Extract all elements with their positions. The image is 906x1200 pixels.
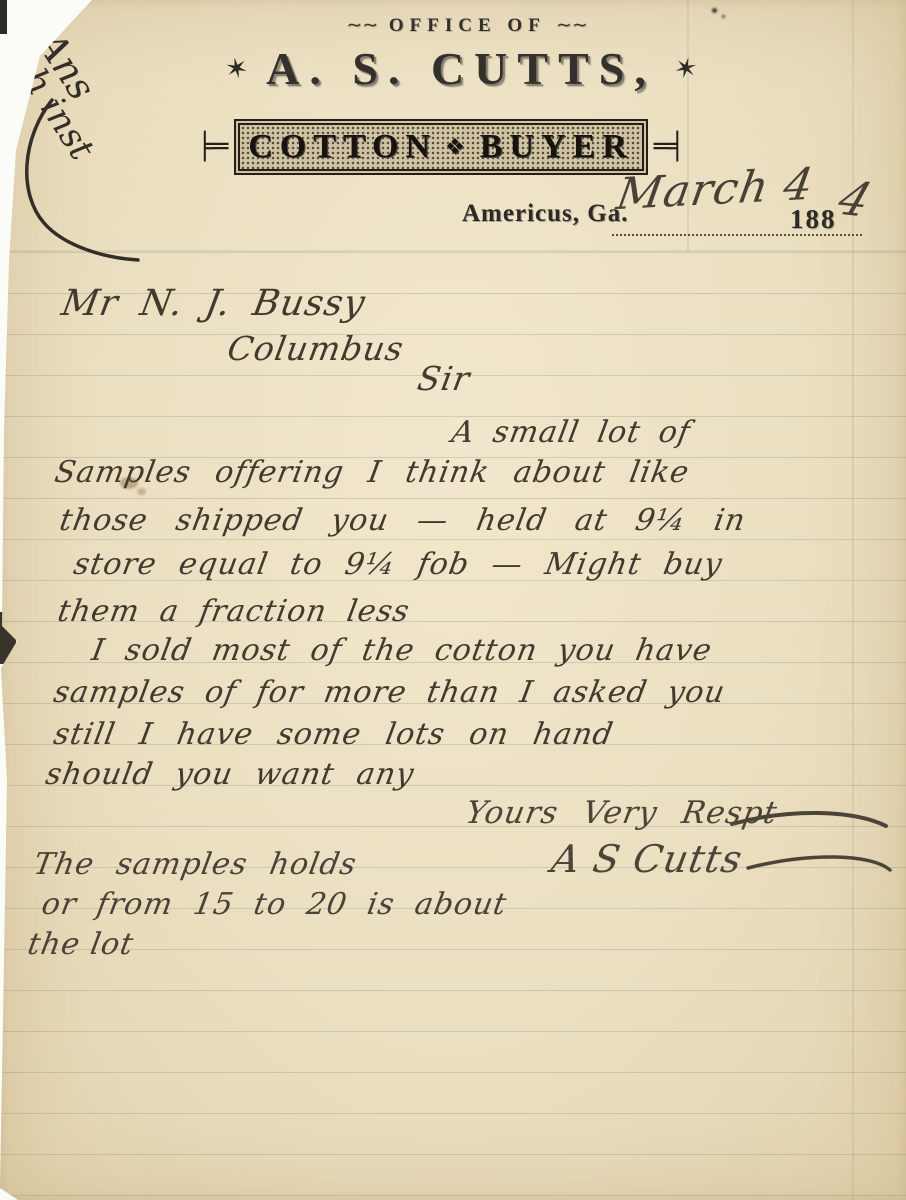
- body-line: A small lot of: [449, 418, 692, 448]
- handwritten-year-digit: 4: [832, 175, 878, 224]
- body-line: still I have some lots on hand: [51, 720, 615, 750]
- letter-paper: ∼∼ OFFICE OF ∼∼ ✶ A. S. CUTTS, ✶ ╞═ COTT…: [0, 0, 906, 1200]
- letterhead-name: A. S. CUTTS,: [266, 42, 656, 95]
- body-line: those shipped you — held at 9¼ in: [57, 506, 748, 536]
- postscript-line: The samples holds: [31, 850, 359, 880]
- body-line: store equal to 9¼ fob — Might buy: [71, 550, 724, 580]
- recipient-line: Mr N. J. Bussy: [59, 286, 368, 322]
- flourish-ornament: ∼∼: [346, 15, 378, 36]
- annotation-flourish: [18, 98, 168, 268]
- body-line: them a fraction less: [55, 597, 412, 627]
- banner-end-ornament-icon: ╞═: [197, 132, 228, 162]
- banner-separator-ornament-icon: ❖: [445, 135, 472, 160]
- scanned-letter: ∼∼ OFFICE OF ∼∼ ✶ A. S. CUTTS, ✶ ╞═ COTT…: [0, 0, 906, 1200]
- letterhead-city-line: Americus, Ga.: [462, 200, 628, 228]
- cotton-buyer-banner: ╞═ COTTON ❖ BUYER ═╡: [176, 120, 706, 174]
- banner-end-ornament-icon: ═╡: [654, 132, 685, 162]
- postscript-line: the lot: [25, 930, 136, 960]
- body-line: I sold most of the cotton you have: [89, 636, 714, 666]
- postscript-line: or from 15 to 20 is about: [39, 890, 509, 920]
- star-ornament-icon: ✶: [670, 50, 701, 88]
- office-of-text: OFFICE OF: [389, 15, 545, 36]
- banner-box: COTTON ❖ BUYER: [234, 119, 648, 175]
- handwritten-date: March 4: [614, 163, 817, 217]
- letterhead-name-row: ✶ A. S. CUTTS, ✶: [8, 42, 906, 95]
- paper-speck: [712, 8, 717, 13]
- salutation: Sir: [415, 362, 473, 395]
- closing-flourish: [730, 802, 900, 887]
- flourish-ornament: ∼∼: [556, 15, 588, 36]
- banner-word-buyer: BUYER: [480, 128, 634, 166]
- body-line: samples of for more than I asked you: [51, 678, 727, 708]
- letterhead-office-of: ∼∼ OFFICE OF ∼∼: [14, 14, 906, 37]
- signature: A S Cutts: [549, 840, 746, 878]
- body-line: Samples offering I think about like: [52, 458, 691, 488]
- banner-word-cotton: COTTON: [248, 128, 437, 166]
- scanner-edge-mark: [0, 0, 7, 34]
- body-line: should you want any: [43, 760, 416, 790]
- star-ornament-icon: ✶: [221, 50, 251, 87]
- recipient-city: Columbus: [225, 332, 406, 365]
